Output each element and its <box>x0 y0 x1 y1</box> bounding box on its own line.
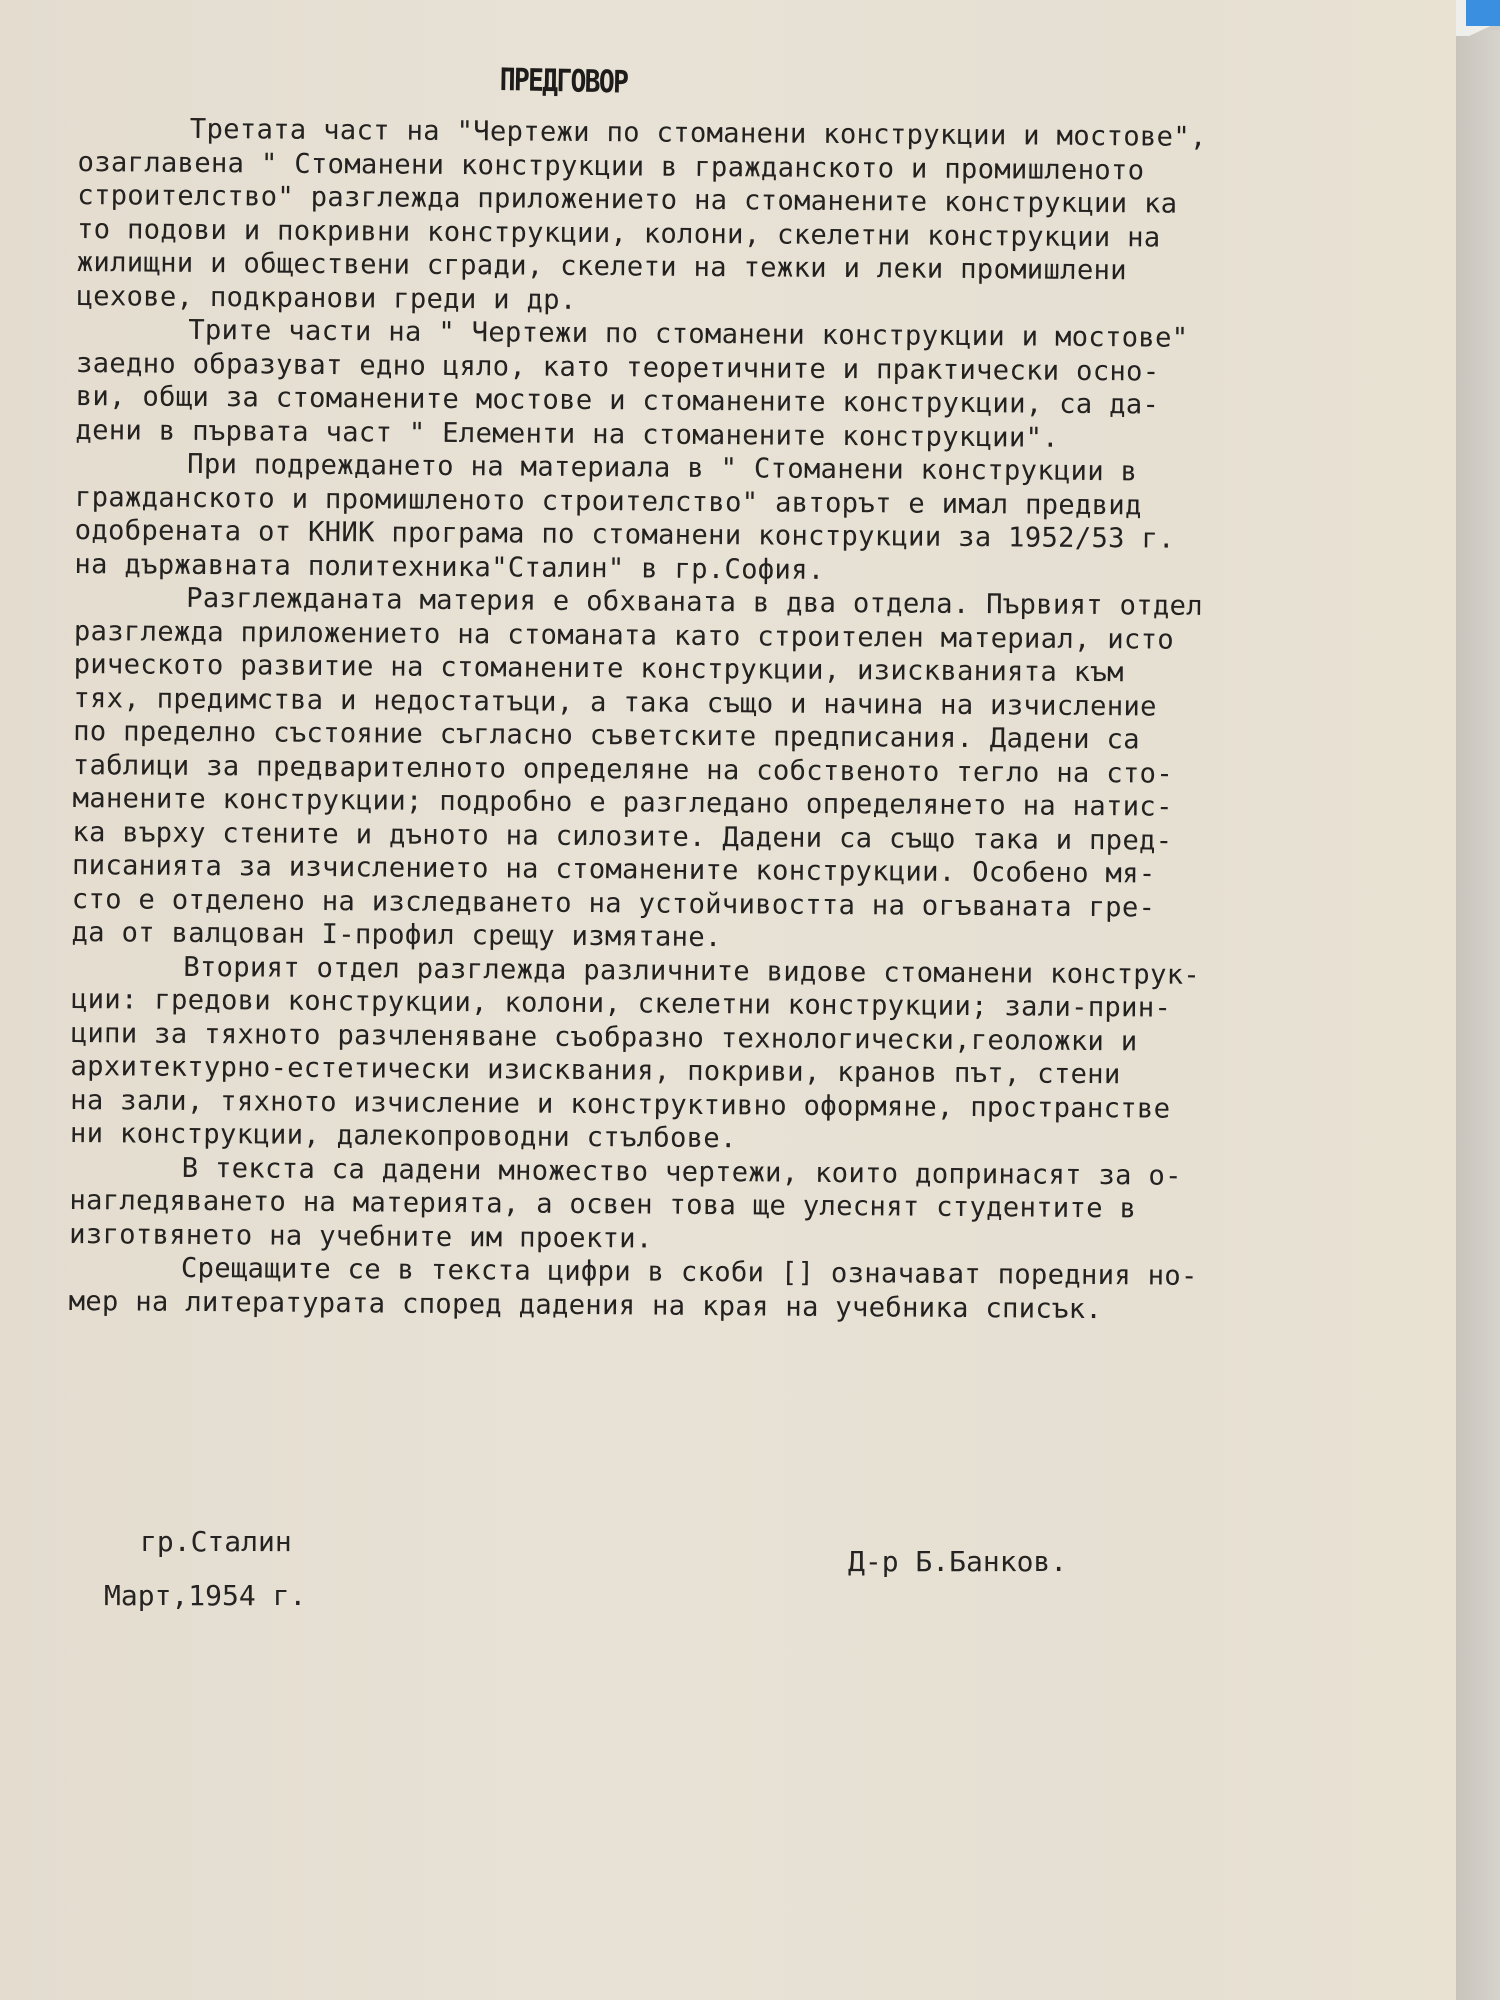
paragraph: Срещащите се в текста цифри в скоби [] о… <box>69 1251 1449 1329</box>
paragraph: Третата част на "Чертежи по стоманени ко… <box>76 112 1458 324</box>
signature-place: гр.Сталин <box>140 1515 306 1569</box>
page-title: ПРЕДГОВОР <box>499 62 627 101</box>
paragraph: В текста са дадени множество чертежи, ко… <box>69 1150 1450 1261</box>
signature-place-date: гр.Сталин Март,1954 г. <box>140 1515 306 1623</box>
paragraph: Разглежданата материя е обхваната в два … <box>71 581 1454 960</box>
document-page: ПРЕДГОВОР Третата част на "Чертежи по ст… <box>0 0 1456 2000</box>
background-blue-object <box>1466 0 1500 26</box>
paragraph: Трите части на " Чертежи по стоманени ко… <box>75 313 1456 458</box>
paragraph: При подреждането на материала в " Стоман… <box>74 447 1455 592</box>
signature-date: Март,1954 г. <box>104 1569 306 1623</box>
paragraph: Вторият отдел разглежда различните видов… <box>70 949 1452 1161</box>
signature-author: Д-р Б.Банков. <box>848 1545 1067 1578</box>
preface-body: Третата част на "Чертежи по стоманени ко… <box>69 112 1458 1329</box>
underlying-page-edge <box>1456 30 1500 2000</box>
